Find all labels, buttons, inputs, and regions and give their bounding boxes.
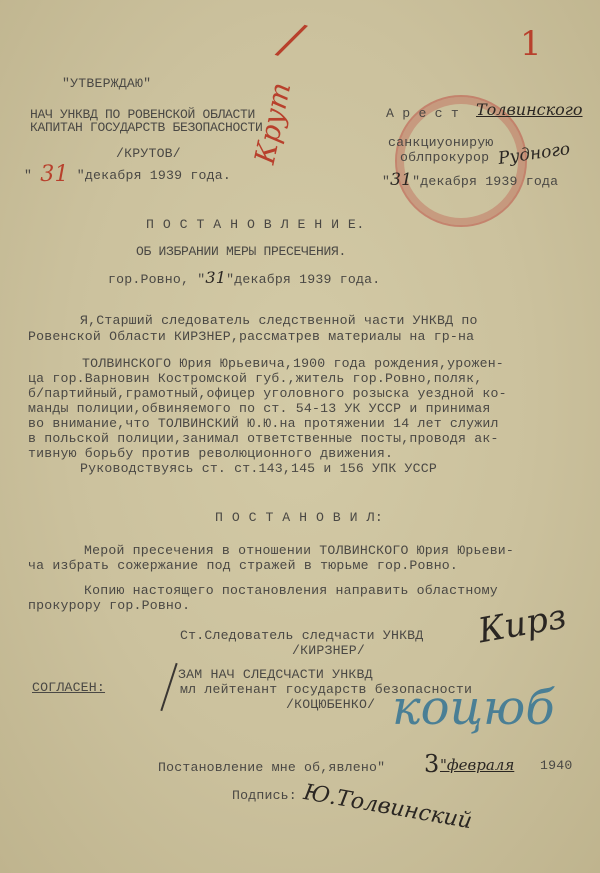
- arrest-label: А р е с т: [386, 106, 459, 121]
- body-line: манды полиции,обвиняемого по ст. 54-13 У…: [28, 401, 491, 416]
- handwritten-day: 31: [390, 170, 412, 190]
- body-line: во внимание,что ТОЛВИНСКИЙ Ю.Ю.на протяж…: [28, 416, 499, 431]
- document-subtitle: ОБ ИЗБРАНИИ МЕРЫ ПРЕСЕЧЕНИЯ.: [136, 244, 346, 259]
- announcement-year: 1940: [540, 758, 572, 773]
- place-date: гор.Ровно, "31"декабря 1939 года.: [108, 268, 380, 287]
- deputy-signature: коцюб: [392, 680, 555, 736]
- investigator-name: /КИРЗНЕР/: [292, 643, 365, 658]
- handwritten-day: 31: [205, 268, 226, 287]
- decision-line: прокурору гор.Ровно.: [28, 598, 190, 613]
- decision-line: ча избрать сожержание под стражей в тюрь…: [28, 558, 458, 573]
- approver-name: /КРУТОВ/: [116, 146, 181, 161]
- signature-label: Подпись:: [232, 788, 297, 803]
- arrest-handwritten-name: Толвинского: [476, 100, 583, 119]
- sanction-date: "31"декабря 1939 года: [382, 170, 558, 190]
- approval-date: " 31 "декабря 1939 года.: [24, 160, 231, 185]
- document-title: П О С Т А Н О В Л Е Н И Е.: [146, 217, 365, 232]
- body-line: тивную борьбу против революционного движ…: [28, 446, 393, 461]
- approver-rank: КАПИТАН ГОСУДАРСТВ БЕЗОПАСНОСТИ: [30, 120, 263, 135]
- approval-heading: "УТВЕРЖДАЮ": [62, 76, 151, 91]
- document-page: / 1 "УТВЕРЖДАЮ" НАЧ УНКВД ПО РОВЕНСКОЙ О…: [0, 0, 600, 873]
- prosecutor-title: облпрокурор: [400, 150, 489, 165]
- red-signature: Крут: [248, 79, 297, 166]
- announcement-month: "февраля: [440, 756, 514, 774]
- sanction-text: санкциуонирую: [388, 135, 493, 150]
- announcement-text: Постановление мне об,явлено": [158, 760, 385, 775]
- red-pencil-mark: /: [276, 11, 307, 67]
- handwritten-day: 31: [40, 162, 68, 187]
- agreed-label: СОГЛАСЕН:: [32, 680, 105, 695]
- quote: ": [382, 174, 390, 189]
- accused-signature: Ю.Толвинский: [302, 780, 474, 834]
- date-text: "декабря 1939 года.: [226, 272, 380, 287]
- body-line: в польской полиции,занимал ответственные…: [28, 431, 499, 446]
- handwritten-slash: [160, 663, 177, 711]
- body-line: ТОЛВИНСКОГО Юрия Юрьевича,1900 года рожд…: [82, 356, 504, 371]
- date-text: "декабря 1939 года: [412, 174, 558, 189]
- deputy-name: /КОЦЮБЕНКО/: [286, 697, 375, 712]
- body-line: б/партийный,грамотный,офицер уголовного …: [28, 386, 507, 401]
- page-number: 1: [520, 24, 542, 64]
- legal-basis: Руководствуясь ст. ст.143,145 и 156 УПК …: [80, 461, 437, 476]
- decision-line: Копию настоящего постановления направить…: [84, 583, 498, 598]
- body-line: Ровенской Области КИРЗНЕР,рассматрев мат…: [28, 329, 474, 344]
- investigator-title: Ст.Следователь следчасти УНКВД: [180, 628, 423, 643]
- investigator-signature: Кирз: [475, 597, 569, 652]
- body-line: ца гор.Варновин Костромской губ.,житель …: [28, 371, 482, 386]
- decision-line: Мерой пресечения в отношении ТОЛВИНСКОГО…: [84, 543, 514, 558]
- quote: ": [24, 168, 32, 183]
- decision-heading: П О С Т А Н О В И Л:: [215, 510, 383, 525]
- announcement-day: 3: [424, 750, 439, 778]
- deputy-title: ЗАМ НАЧ СЛЕДСЧАСТИ УНКВД: [178, 667, 373, 682]
- place: гор.Ровно, ": [108, 272, 205, 287]
- date-text: "декабря 1939 года.: [77, 168, 231, 183]
- body-line: Я,Старший следователь следственной части…: [80, 313, 478, 328]
